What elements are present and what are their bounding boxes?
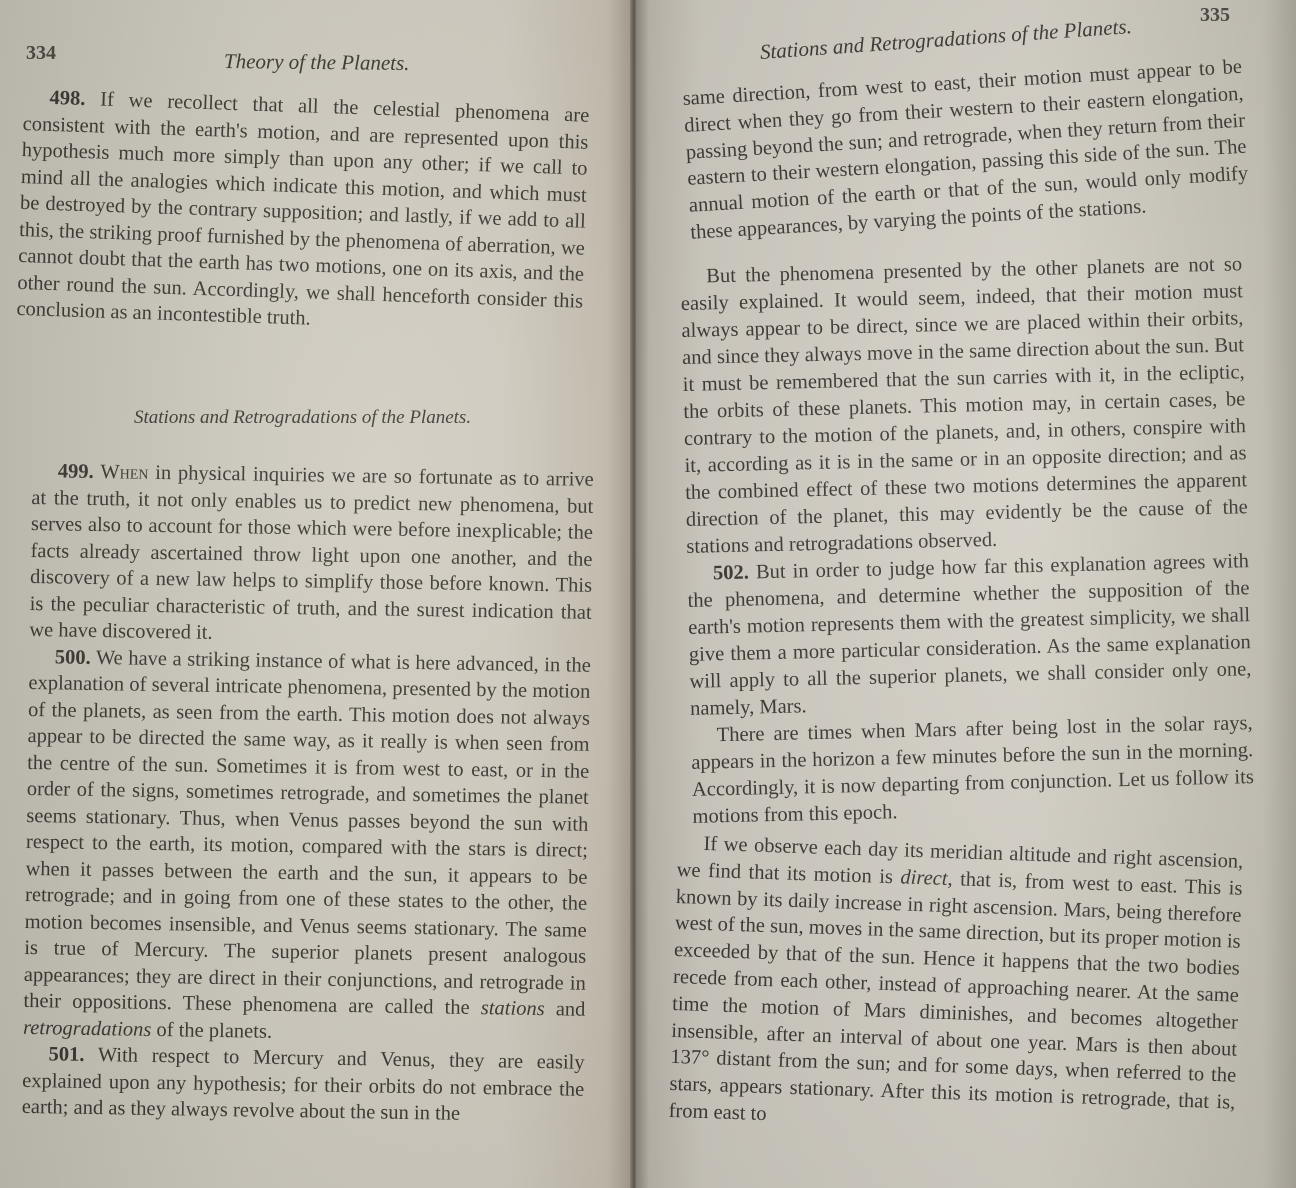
right-text-top-block: same direction, from west to east, their… — [682, 54, 1250, 247]
paragraph-text: , that is, from west to east. This is kn… — [668, 868, 1242, 1125]
running-head-right: Stations and Retrogradations of the Plan… — [759, 14, 1132, 65]
book-spread: 334 Theory of the Planets. 498. If we re… — [0, 0, 1296, 1188]
right-text-bottom-block: If we observe each day its meridian alti… — [668, 830, 1243, 1143]
paragraph-text: But in order to judge how far this expla… — [687, 550, 1251, 720]
section-title: Stations and Retrogradations of the Plan… — [134, 407, 471, 429]
page-number-left: 334 — [26, 42, 56, 65]
running-head-left: Theory of the Planets. — [224, 49, 410, 76]
paragraph-502: 502. But in order to judge how far this … — [687, 548, 1253, 723]
paragraph-text: in physical inquiries we are so fortunat… — [29, 462, 594, 644]
paragraph-observe: If we observe each day its meridian alti… — [668, 830, 1243, 1143]
paragraph-lead-word: When — [100, 461, 148, 484]
paragraph-unnumbered: But the phenomena presented by the other… — [680, 251, 1249, 561]
paragraph-text: If we recollect that all the celestial p… — [16, 89, 589, 330]
italic-term-retrogradations: retrogradations — [23, 1016, 152, 1040]
page-number-right: 335 — [1200, 4, 1230, 27]
paragraph-498-block: 498. If we recollect that all the celest… — [16, 84, 590, 341]
paragraph-498: 498. If we recollect that all the celest… — [16, 84, 590, 341]
paragraph-text: same direction, from west to east, their… — [682, 56, 1249, 244]
paragraph-number: 502. — [713, 562, 749, 585]
paragraph-500: 500. We have a striking instance of what… — [23, 643, 591, 1049]
paragraph-number: 501. — [48, 1043, 84, 1066]
paragraph-number: 498. — [49, 87, 86, 110]
paragraph-text: of the planets. — [151, 1018, 272, 1042]
paragraph-text: With respect to Mercury and Venus, they … — [22, 1044, 585, 1125]
paragraph-text: But the phenomena presented by the other… — [681, 253, 1248, 558]
right-text-middle-block: But the phenomena presented by the other… — [680, 251, 1255, 831]
paragraph-text: and — [544, 998, 585, 1021]
paragraph-501: 501. With respect to Mercury and Venus, … — [22, 1041, 585, 1129]
paragraph-mars-times: There are times when Mars after being lo… — [690, 710, 1254, 831]
paragraph-number: 500. — [55, 646, 91, 669]
right-page: 335 Stations and Retrogradations of the … — [636, 0, 1296, 1188]
italic-term-direct: direct — [900, 866, 948, 890]
paragraph-number: 499. — [58, 460, 94, 483]
left-page: 334 Theory of the Planets. 498. If we re… — [0, 0, 632, 1188]
italic-term-stations: stations — [481, 997, 545, 1020]
paragraphs-499-501-block: 499. When in physical inquiries we are s… — [22, 458, 594, 1129]
paragraph-continued: same direction, from west to east, their… — [682, 54, 1250, 247]
paragraph-499: 499. When in physical inquiries we are s… — [29, 458, 594, 652]
paragraph-text: We have a striking instance of what is h… — [23, 647, 591, 1020]
paragraph-text: There are times when Mars after being lo… — [691, 712, 1254, 828]
